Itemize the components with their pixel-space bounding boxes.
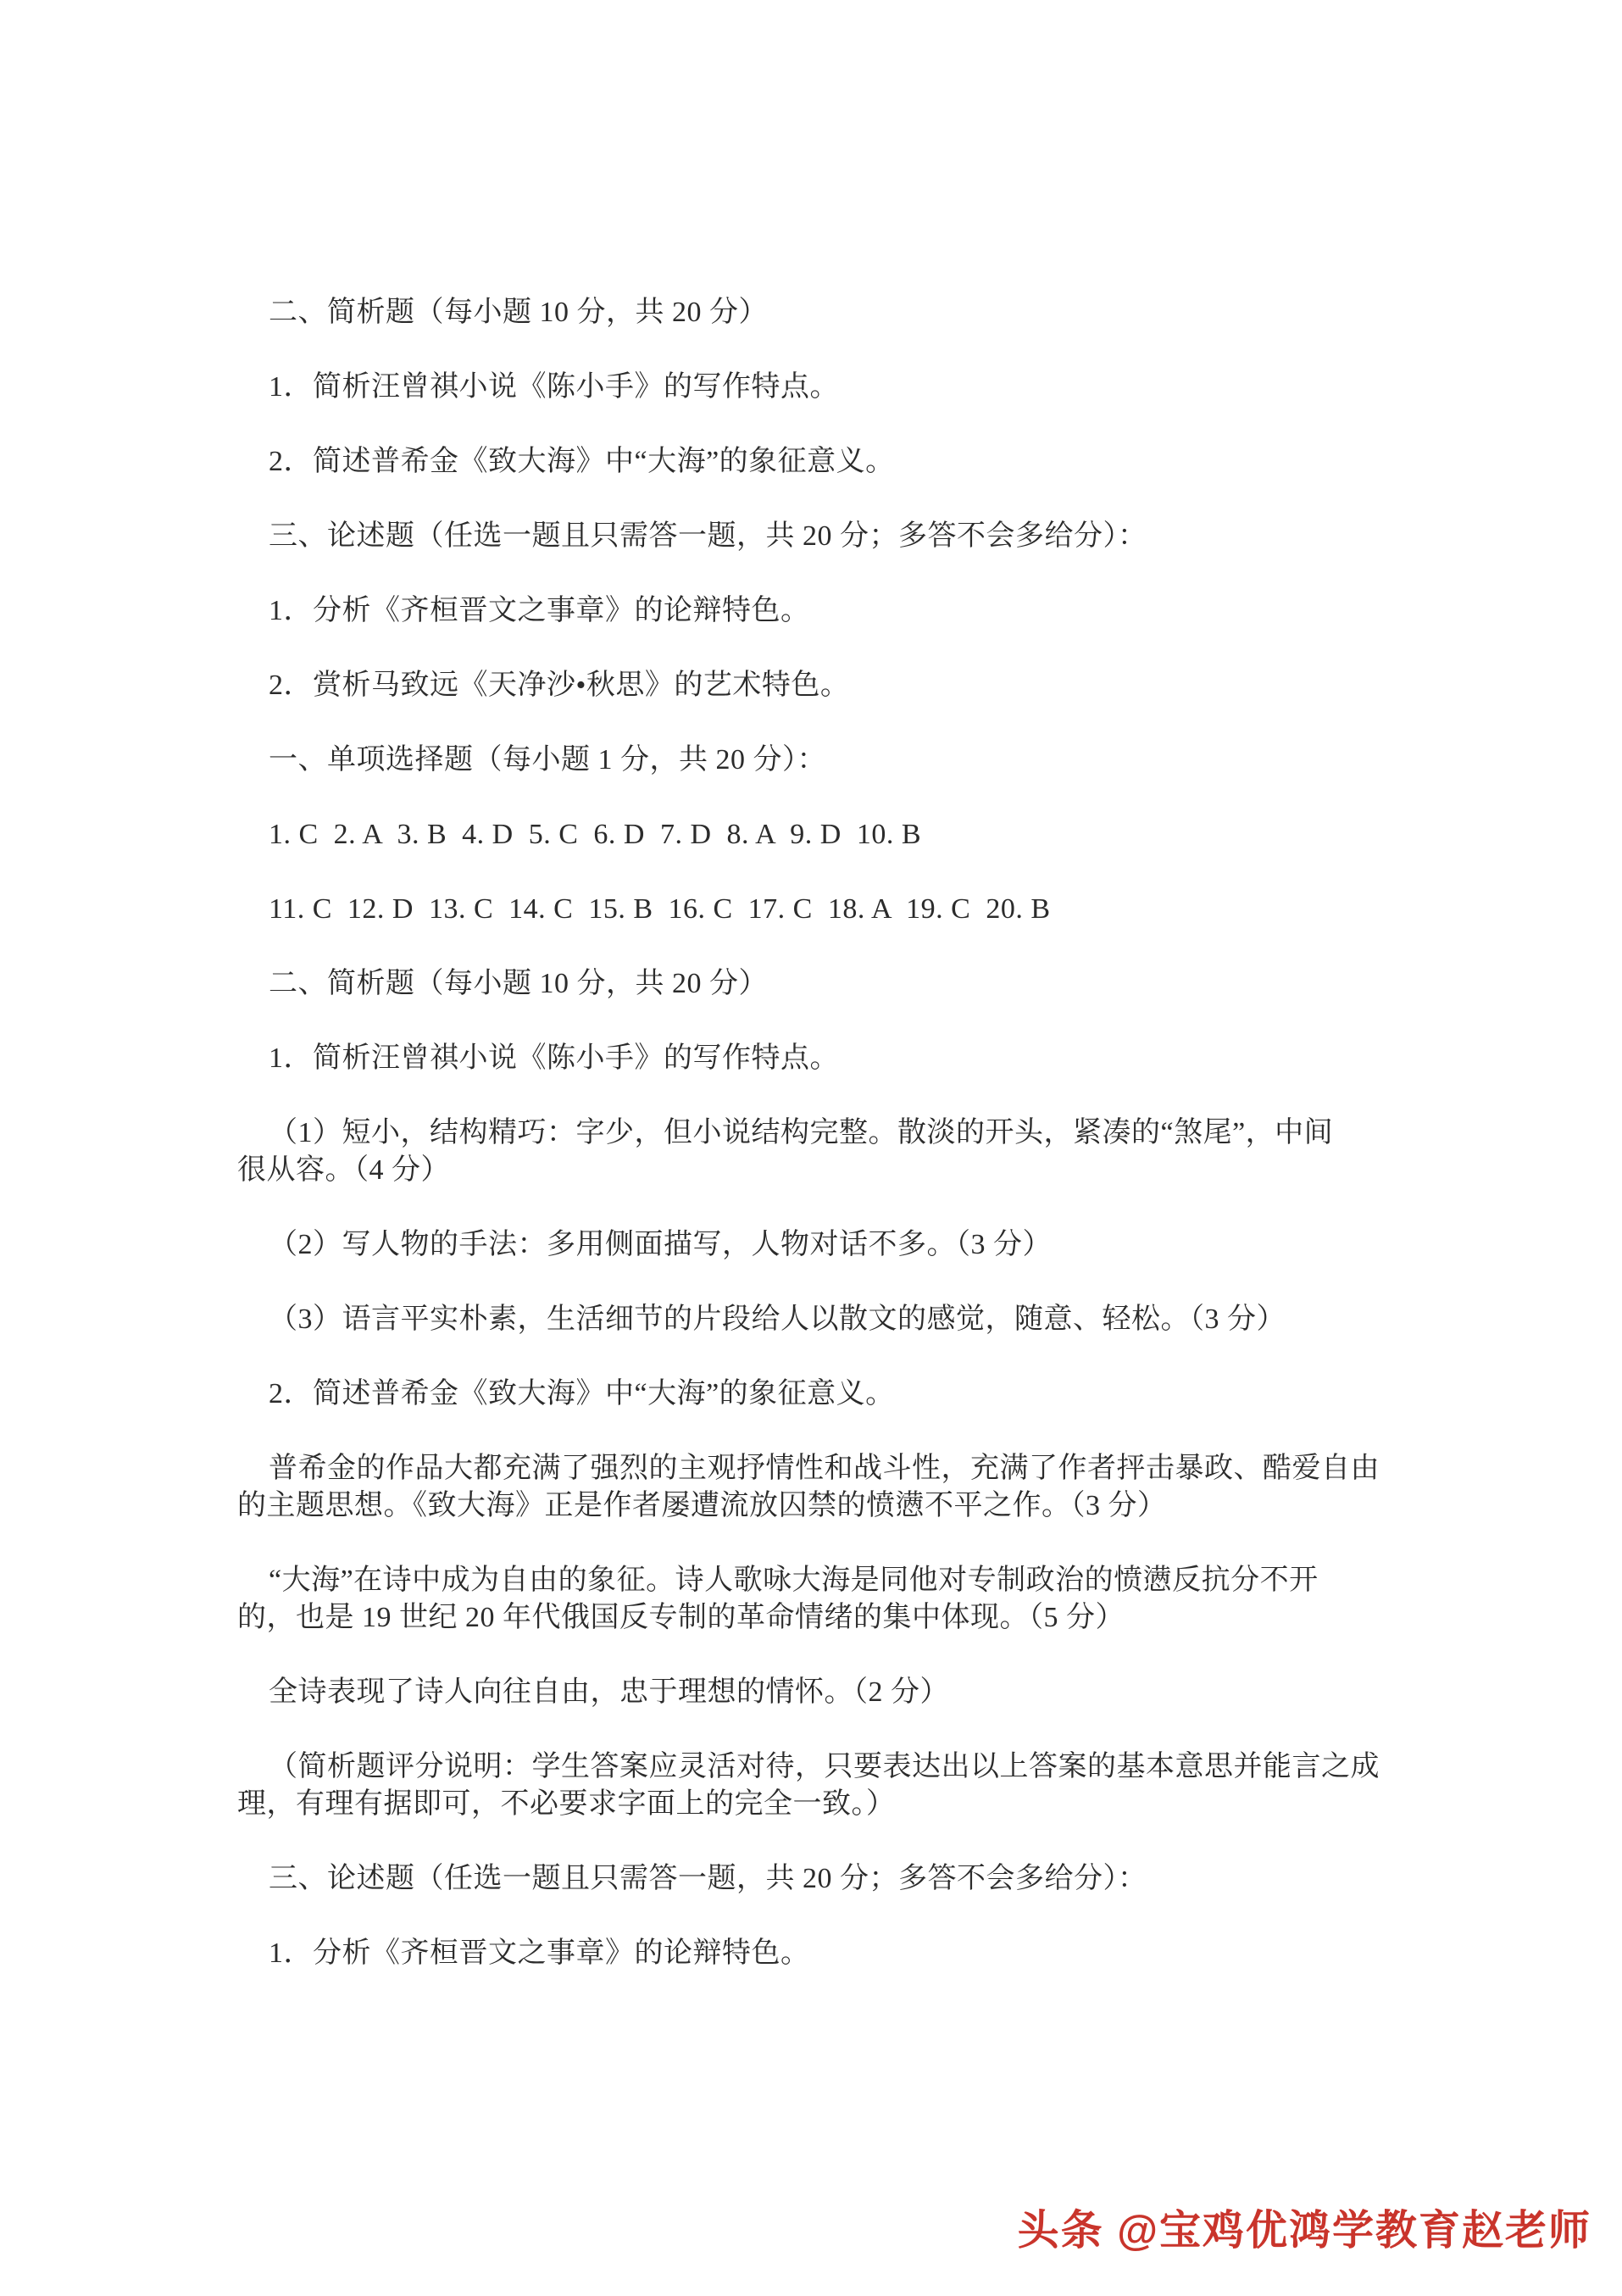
answer-point-1: （1）短小，结构精巧：字少，但小说结构完整。散淡的开头，紧凑的“煞尾”，中间 很… (237, 1115, 1408, 1189)
text-line: 理，有理有据即可，不必要求字面上的完全一致。） (237, 1786, 1408, 1823)
text-line: 很从容。（4 分） (237, 1152, 1408, 1189)
text-line: 1．简析汪曾祺小说《陈小手》的写作特点。 (237, 369, 1408, 406)
toutiao-watermark: 头条 @宝鸡优鸿学教育赵老师 (1018, 2205, 1591, 2256)
section-heading-lunshu-2: 三、论述题（任选一题且只需答一题，共 20 分；多答不会多给分）： (237, 1860, 1408, 1898)
text-line: “大海”在诗中成为自由的象征。诗人歌咏大海是同他对专制政治的愤懑反抗分不开 (237, 1562, 1408, 1599)
text-line: 1. C 2. A 3. B 4. D 5. C 6. D 7. D 8. A … (237, 816, 1408, 853)
text-line: 二、简析题（每小题 10 分，共 20 分） (237, 294, 1408, 331)
text-line: 三、论述题（任选一题且只需答一题，共 20 分；多答不会多给分）： (237, 1860, 1408, 1898)
section-heading-jianxi: 二、简析题（每小题 10 分，共 20 分） (237, 294, 1408, 331)
grading-note: （简析题评分说明：学生答案应灵活对待，只要表达出以上答案的基本意思并能言之成 理… (237, 1748, 1408, 1823)
question-chenxiaoshou-2: 1．简析汪曾祺小说《陈小手》的写作特点。 (237, 1040, 1408, 1077)
text-line: 1．分析《齐桓晋文之事章》的论辩特色。 (237, 1935, 1408, 1972)
text-line: 一、单项选择题（每小题 1 分，共 20 分）： (237, 742, 1408, 779)
answer-point-3: （3）语言平实朴素，生活细节的片段给人以散文的感觉，随意、轻松。（3 分） (237, 1301, 1408, 1338)
text-line: 三、论述题（任选一题且只需答一题，共 20 分；多答不会多给分）： (237, 518, 1408, 555)
text-line: 的，也是 19 世纪 20 年代俄国反专制的革命情绪的集中体现。（5 分） (237, 1599, 1408, 1637)
document-body: 二、简析题（每小题 10 分，共 20 分） 1．简析汪曾祺小说《陈小手》的写作… (237, 294, 1408, 2010)
question-qihuan-2: 1．分析《齐桓晋文之事章》的论辩特色。 (237, 1935, 1408, 1972)
text-line: 1．简析汪曾祺小说《陈小手》的写作特点。 (237, 1040, 1408, 1077)
answer-key-1-10: 1. C 2. A 3. B 4. D 5. C 6. D 7. D 8. A … (237, 816, 1408, 853)
question-dahai: 2．简述普希金《致大海》中“大海”的象征意义。 (237, 443, 1408, 481)
text-line: （3）语言平实朴素，生活细节的片段给人以散文的感觉，随意、轻松。（3 分） (237, 1301, 1408, 1338)
question-chenxiaoshou: 1．简析汪曾祺小说《陈小手》的写作特点。 (237, 369, 1408, 406)
text-line: 普希金的作品大都充满了强烈的主观抒情性和战斗性，充满了作者抨击暴政、酷爱自由 (237, 1450, 1408, 1487)
answer-point-2: （2）写人物的手法：多用侧面描写，人物对话不多。（3 分） (237, 1226, 1408, 1264)
section-heading-danxiang: 一、单项选择题（每小题 1 分，共 20 分）： (237, 742, 1408, 779)
question-dahai-2: 2．简述普希金《致大海》中“大海”的象征意义。 (237, 1376, 1408, 1413)
document-page: 二、简析题（每小题 10 分，共 20 分） 1．简析汪曾祺小说《陈小手》的写作… (0, 0, 1622, 2296)
text-line: （简析题评分说明：学生答案应灵活对待，只要表达出以上答案的基本意思并能言之成 (237, 1748, 1408, 1786)
text-line: 2．简述普希金《致大海》中“大海”的象征意义。 (237, 443, 1408, 481)
answer-dahai-para-1: 普希金的作品大都充满了强烈的主观抒情性和战斗性，充满了作者抨击暴政、酷爱自由 的… (237, 1450, 1408, 1525)
section-heading-lunshu: 三、论述题（任选一题且只需答一题，共 20 分；多答不会多给分）： (237, 518, 1408, 555)
text-line: 2．简述普希金《致大海》中“大海”的象征意义。 (237, 1376, 1408, 1413)
text-line: 11. C 12. D 13. C 14. C 15. B 16. C 17. … (237, 891, 1408, 928)
answer-dahai-para-3: 全诗表现了诗人向往自由，忠于理想的情怀。（2 分） (237, 1674, 1408, 1711)
text-line: 二、简析题（每小题 10 分，共 20 分） (237, 965, 1408, 1003)
answer-dahai-para-2: “大海”在诗中成为自由的象征。诗人歌咏大海是同他对专制政治的愤懑反抗分不开 的，… (237, 1562, 1408, 1637)
answer-key-11-20: 11. C 12. D 13. C 14. C 15. B 16. C 17. … (237, 891, 1408, 928)
text-line: 1．分析《齐桓晋文之事章》的论辩特色。 (237, 592, 1408, 630)
text-line: （1）短小，结构精巧：字少，但小说结构完整。散淡的开头，紧凑的“煞尾”，中间 (237, 1115, 1408, 1152)
text-line: 全诗表现了诗人向往自由，忠于理想的情怀。（2 分） (237, 1674, 1408, 1711)
question-qihuan: 1．分析《齐桓晋文之事章》的论辩特色。 (237, 592, 1408, 630)
text-line: 2．赏析马致远《天净沙•秋思》的艺术特色。 (237, 667, 1408, 704)
section-heading-jianxi-2: 二、简析题（每小题 10 分，共 20 分） (237, 965, 1408, 1003)
question-tianjingsha: 2．赏析马致远《天净沙•秋思》的艺术特色。 (237, 667, 1408, 704)
text-line: 的主题思想。《致大海》正是作者屡遭流放囚禁的愤懑不平之作。（3 分） (237, 1487, 1408, 1525)
text-line: （2）写人物的手法：多用侧面描写，人物对话不多。（3 分） (237, 1226, 1408, 1264)
